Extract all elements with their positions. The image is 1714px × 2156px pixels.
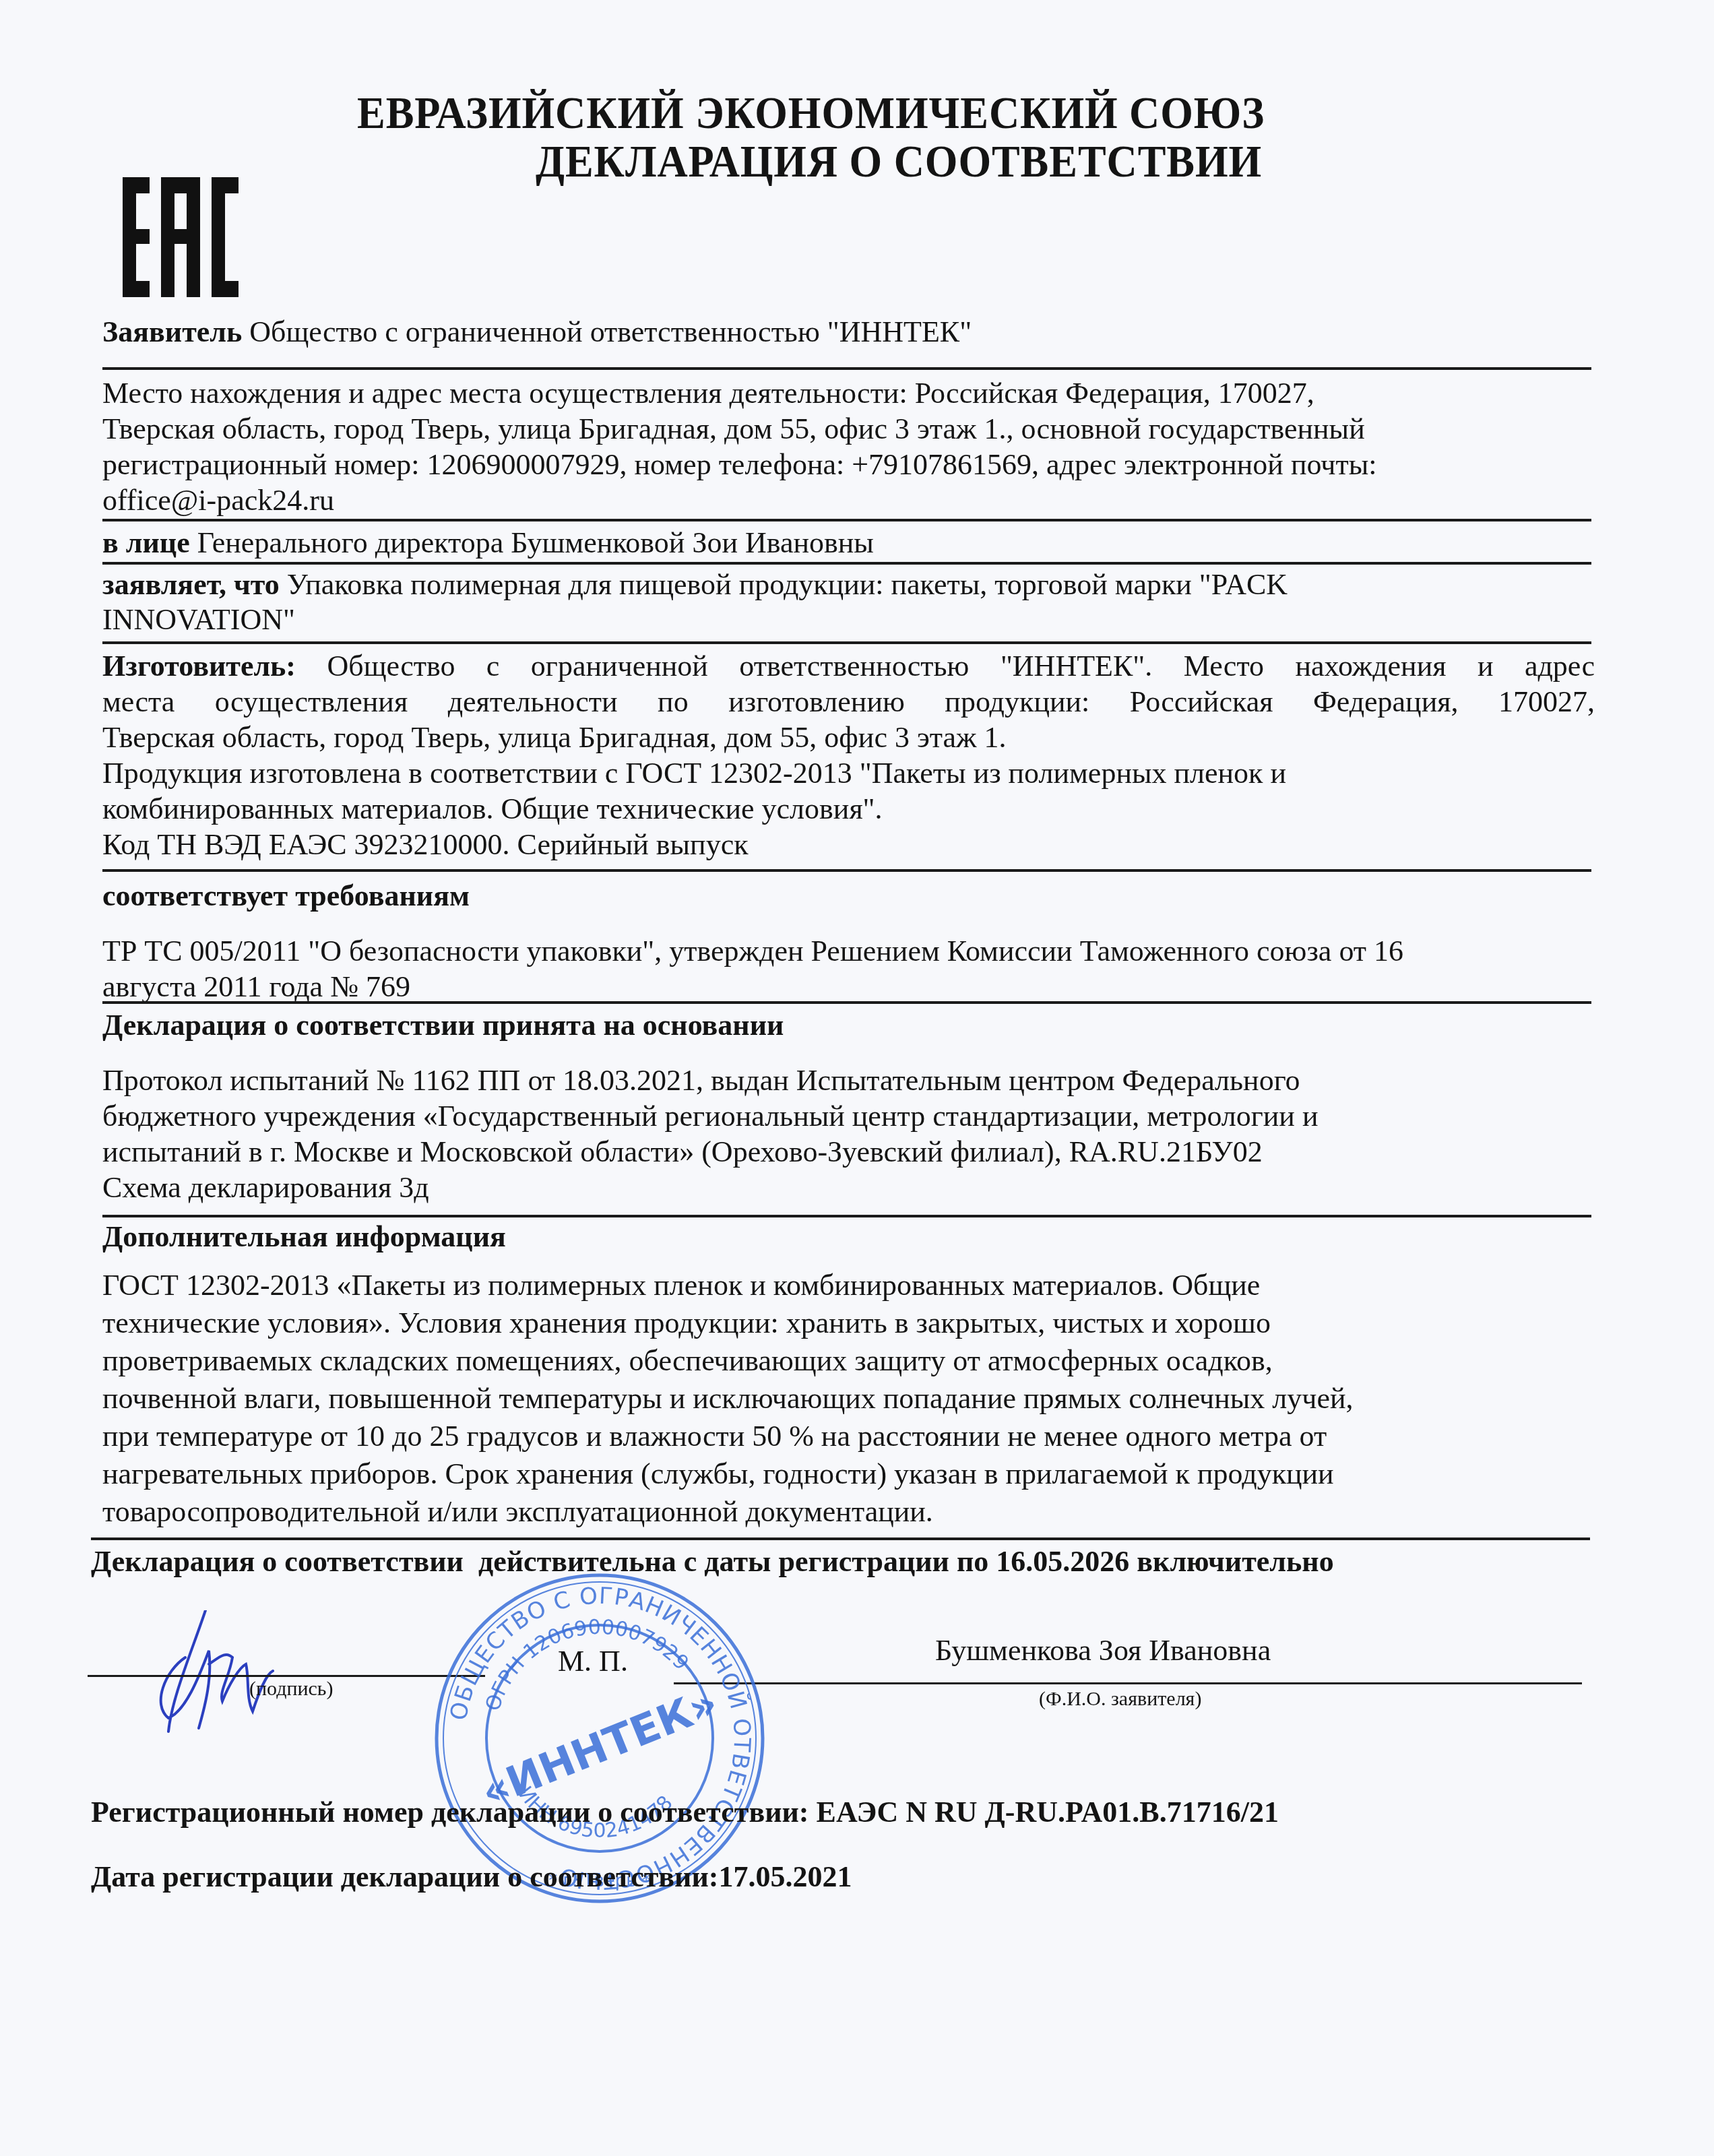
declares-label: заявляет, что <box>102 568 280 601</box>
applicant-address: Место нахождения и адрес места осуществл… <box>102 375 1598 518</box>
basis-line: бюджетного учреждения «Государственный р… <box>102 1098 1598 1134</box>
registration-number-label: Регистрационный номер декларации о соотв… <box>91 1796 809 1829</box>
manufacturer-label: Изготовитель: <box>102 649 296 683</box>
additional-line: нагревательных приборов. Срок хранения (… <box>102 1455 1598 1493</box>
hs-code-line: Код ТН ВЭД ЕАЭС 3923210000. Серийный вып… <box>102 827 1595 862</box>
address-line: Тверская область, город Тверь, улица Бри… <box>102 411 1598 447</box>
product-line: Упаковка полимерная для пищевой продукци… <box>287 568 1288 601</box>
address-line: Место нахождения и адрес места осуществл… <box>102 375 1598 411</box>
gost-line: комбинированных материалов. Общие технич… <box>102 791 1595 827</box>
additional-text: ГОСТ 12302-2013 «Пакеты из полимерных пл… <box>102 1267 1598 1531</box>
registration-date-row: Дата регистрации декларации о соответств… <box>91 1858 852 1896</box>
registration-number-row: Регистрационный номер декларации о соотв… <box>91 1794 1279 1831</box>
manufacturer-block: Изготовитель: Общество с ограниченной от… <box>102 648 1595 862</box>
applicant-row: Заявитель Общество с ограниченной ответс… <box>102 313 1591 351</box>
additional-line: проветриваемых складских помещениях, обе… <box>102 1342 1598 1380</box>
additional-line: почвенной влаги, повышенной температуры … <box>102 1380 1598 1418</box>
title-line-2: ДЕКЛАРАЦИЯ О СООТВЕТСТВИИ <box>536 135 1262 188</box>
requirements-text: ТР ТС 005/2011 "О безопасности упаковки"… <box>102 933 1598 1005</box>
manufacturer-line: места осуществления деятельности по изго… <box>102 684 1595 720</box>
applicant-label: Заявитель <box>102 315 242 348</box>
signature-icon <box>145 1610 280 1738</box>
representative-row: в лице Генерального директора Бушменково… <box>102 524 1591 562</box>
applicant-value: Общество с ограниченной ответственностью… <box>249 315 972 348</box>
representative-value: Генерального директора Бушменковой Зои И… <box>197 526 874 559</box>
requirements-line: августа 2011 года № 769 <box>102 969 1598 1005</box>
divider <box>102 519 1591 521</box>
divider <box>102 641 1591 644</box>
gost-line: Продукция изготовлена в соответствии с Г… <box>102 755 1595 791</box>
product-line: INNOVATION" <box>102 602 1591 637</box>
basis-line: Протокол испытаний № 1162 ПП от 18.03.20… <box>102 1063 1598 1098</box>
divider <box>102 1001 1591 1004</box>
address-line: регистрационный номер: 1206900007929, но… <box>102 447 1598 482</box>
company-stamp-icon: ОБЩЕСТВО С ОГРАНИЧЕННОЙ ОТВЕТСТВЕННОСТЬЮ… <box>431 1570 768 1907</box>
additional-line: технические условия». Условия хранения п… <box>102 1304 1598 1342</box>
additional-line: при температуре от 10 до 25 градусов и в… <box>102 1418 1598 1455</box>
divider <box>102 869 1591 872</box>
registration-date-value: 17.05.2021 <box>718 1860 852 1893</box>
basis-line: Схема декларирования 3д <box>102 1170 1598 1205</box>
requirements-line: ТР ТС 005/2011 "О безопасности упаковки"… <box>102 933 1598 969</box>
applicant-name: Бушменкова Зоя Ивановна <box>935 1632 1271 1670</box>
requirements-label: соответствует требованиям <box>102 877 470 915</box>
manufacturer-line: Общество с ограниченной ответственностью… <box>327 649 1595 683</box>
registration-date-label: Дата регистрации декларации о соответств… <box>91 1860 718 1893</box>
divider <box>102 1215 1591 1217</box>
additional-label: Дополнительная информация <box>102 1218 506 1256</box>
eac-logo-icon <box>123 177 239 297</box>
basis-line: испытаний в г. Москве и Московской облас… <box>102 1134 1598 1170</box>
title-line-1: ЕВРАЗИЙСКИЙ ЭКОНОМИЧЕСКИЙ СОЮЗ <box>357 86 1265 139</box>
additional-line: товаросопроводительной и/или эксплуатаци… <box>102 1493 1598 1531</box>
name-caption: (Ф.И.О. заявителя) <box>1039 1688 1201 1711</box>
signature-line <box>88 1675 485 1677</box>
divider <box>91 1537 1590 1540</box>
additional-line: ГОСТ 12302-2013 «Пакеты из полимерных пл… <box>102 1267 1598 1304</box>
name-line <box>674 1682 1582 1684</box>
representative-label: в лице <box>102 526 190 559</box>
declares-row: заявляет, что Упаковка полимерная для пи… <box>102 567 1591 637</box>
divider <box>102 562 1591 565</box>
registration-number-value: ЕАЭС N RU Д-RU.PA01.B.71716/21 <box>817 1796 1279 1829</box>
address-line: office@i-pack24.ru <box>102 482 1598 518</box>
signature-caption: (подпись) <box>249 1678 334 1701</box>
divider <box>102 367 1591 370</box>
basis-text: Протокол испытаний № 1162 ПП от 18.03.20… <box>102 1063 1598 1205</box>
basis-label: Декларация о соответствии принята на осн… <box>102 1007 784 1044</box>
manufacturer-line: Тверская область, город Тверь, улица Бри… <box>102 720 1595 755</box>
